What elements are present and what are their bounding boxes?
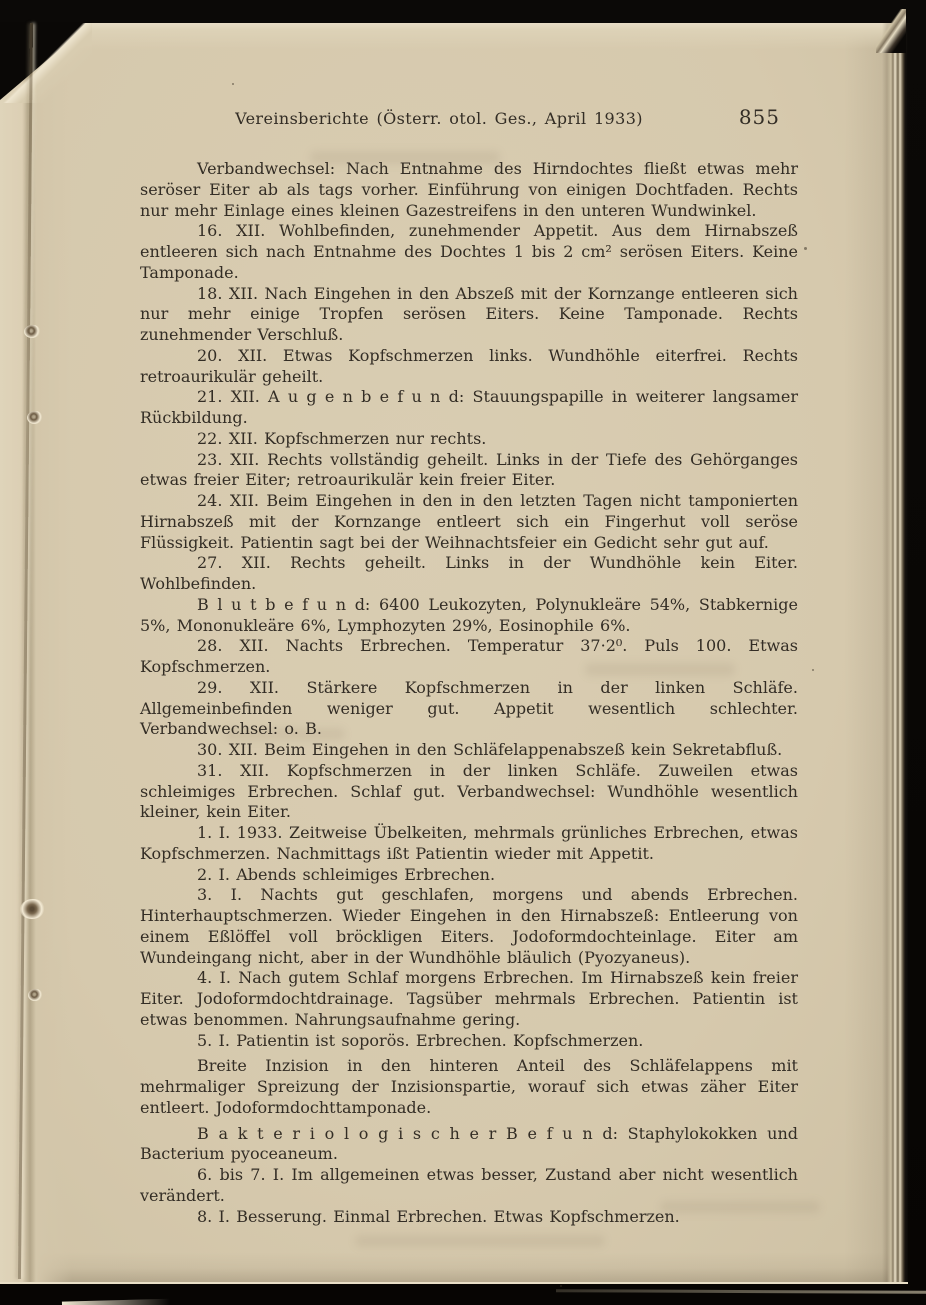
- paragraph-27-xii: 27. XII. Rechts geheilt. Links in der Wu…: [140, 553, 798, 595]
- paragraph-30-xii: 30. XII. Beim Eingehen in den Schläfelap…: [140, 740, 798, 761]
- paragraph-24-xii: 24. XII. Beim Eingehen in den in den let…: [140, 491, 798, 553]
- page-bottom-fold-highlight: [62, 1298, 182, 1305]
- paper-speck: [232, 83, 234, 85]
- page-header: Vereinsberichte (Österr. otol. Ges., Apr…: [140, 109, 798, 128]
- paragraph-bakteriologischer-befund: B a k t e r i o l o g i s c h e r B e f …: [140, 1124, 798, 1166]
- paragraph-2-i: 2. I. Abends schleimiges Erbrechen.: [140, 865, 798, 886]
- paper-speck: [812, 669, 814, 671]
- paragraph-6-bis-7-i: 6. bis 7. I. Im allgemeinen etwas besser…: [140, 1165, 798, 1207]
- underlying-page-edge: [556, 1289, 926, 1294]
- paragraph-3-i: 3. I. Nachts gut geschlafen, morgens und…: [140, 885, 798, 968]
- paragraph-verbandwechsel: Verbandwechsel: Nach Entnahme des Hirndo…: [140, 159, 798, 221]
- page-edge-stack-top: [876, 9, 906, 53]
- gutter-crease: [18, 23, 33, 1279]
- stitch-hole: [28, 989, 42, 1001]
- paragraph-breite-inzision: Breite Inzision in den hinteren Anteil d…: [140, 1056, 798, 1118]
- paragraph-4-i: 4. I. Nach gutem Schlaf morgens Erbreche…: [140, 968, 798, 1030]
- paragraph-16-xii: 16. XII. Wohlbefinden, zunehmender Appet…: [140, 221, 798, 283]
- page-edge-stack: [882, 23, 908, 1282]
- ink-bleedthrough: [355, 1235, 605, 1247]
- stitch-hole: [24, 325, 40, 338]
- paper-speck: [560, 1285, 562, 1287]
- page-corner-fold-highlight: [0, 23, 92, 103]
- book-scan: Vereinsberichte (Österr. otol. Ges., Apr…: [0, 0, 926, 1305]
- case-report-text: Verbandwechsel: Nach Entnahme des Hirndo…: [140, 159, 798, 1227]
- paragraph-29-xii: 29. XII. Stärkere Kopfschmerzen in der l…: [140, 678, 798, 740]
- paragraph-22-xii: 22. XII. Kopfschmerzen nur rechts.: [140, 429, 798, 450]
- paragraph-5-i: 5. I. Patientin ist soporös. Erbrechen. …: [140, 1031, 798, 1052]
- paragraph-8-i: 8. I. Besserung. Einmal Erbrechen. Etwas…: [140, 1207, 798, 1228]
- page-number: 855: [739, 105, 780, 129]
- paragraph-31-xii: 31. XII. Kopfschmerzen in der linken Sch…: [140, 761, 798, 823]
- stitch-hole: [27, 411, 42, 424]
- running-header-title: Vereinsberichte (Österr. otol. Ges., Apr…: [140, 109, 798, 128]
- stitch-hole: [20, 899, 44, 919]
- paragraph-21-xii-augenbefund: 21. XII. A u g e n b e f u n d: Stauungs…: [140, 387, 798, 429]
- paragraph-23-xii: 23. XII. Rechts vollständig geheilt. Lin…: [140, 450, 798, 492]
- paragraph-18-xii: 18. XII. Nach Eingehen in den Abszeß mit…: [140, 284, 798, 346]
- book-page: Vereinsberichte (Österr. otol. Ges., Apr…: [0, 23, 908, 1282]
- paragraph-1-i-1933: 1. I. 1933. Zeitweise Übelkeiten, mehrma…: [140, 823, 798, 865]
- paper-speck: [804, 247, 807, 250]
- paragraph-20-xii: 20. XII. Etwas Kopfschmerzen links. Wund…: [140, 346, 798, 388]
- paragraph-28-xii: 28. XII. Nachts Erbrechen. Temperatur 37…: [140, 636, 798, 678]
- paragraph-blutbefund: B l u t b e f u n d: 6400 Leukozyten, Po…: [140, 595, 798, 637]
